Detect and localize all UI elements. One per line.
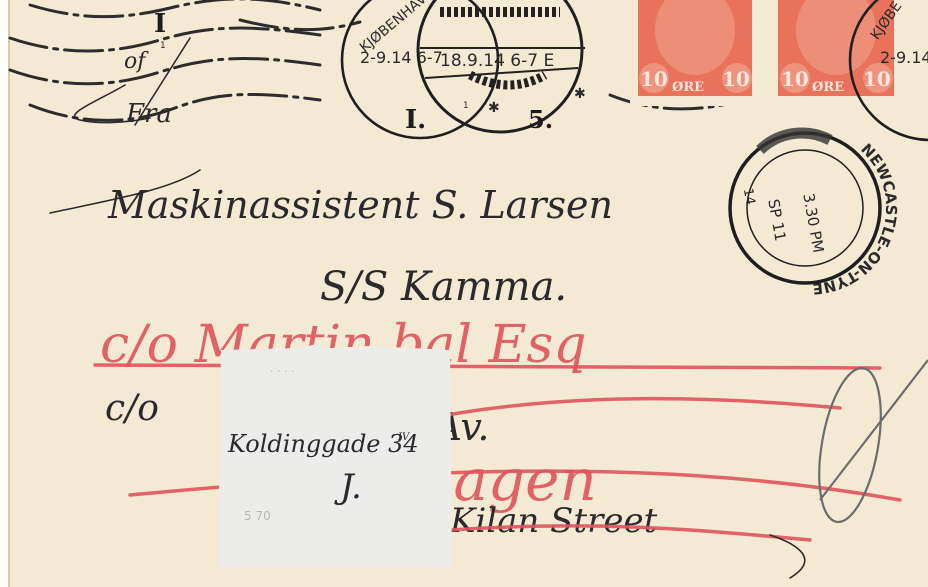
- svg-text:✱: ✱: [574, 86, 586, 102]
- svg-text:c/o: c/o: [105, 388, 159, 429]
- svg-text:10: 10: [722, 67, 750, 91]
- svg-text:Maskinassistent S. Larsen: Maskinassistent S. Larsen: [107, 183, 613, 227]
- svg-text:ØRE: ØRE: [672, 80, 704, 95]
- svg-text:✱: ✱: [488, 100, 500, 116]
- svg-text:14: 14: [740, 187, 758, 206]
- svg-text:ØRE: ØRE: [812, 80, 844, 95]
- stamp-1: 10 10 ØRE: [630, 0, 760, 106]
- svg-text:18.9.14 6-7 E: 18.9.14 6-7 E: [440, 51, 554, 71]
- svg-text:I: I: [154, 9, 166, 39]
- svg-text:2-9.14: 2-9.14: [880, 48, 928, 67]
- svg-text:IV: IV: [397, 432, 411, 443]
- svg-text:I.: I.: [405, 105, 426, 135]
- svg-text:10: 10: [640, 67, 668, 91]
- svg-text:10: 10: [863, 67, 891, 91]
- pasted-address-label: · · · · 5 70 Koldinggade 34 IV J.: [218, 344, 452, 567]
- svg-text:2-9.14 6-7: 2-9.14 6-7: [360, 48, 443, 67]
- svg-text:· · · ·: · · · ·: [270, 365, 294, 378]
- svg-text:Kilan Street: Kilan Street: [449, 501, 658, 541]
- svg-text:1: 1: [160, 41, 166, 51]
- svg-text:1: 1: [463, 101, 469, 111]
- svg-text:S/S Kamma.: S/S Kamma.: [320, 264, 567, 310]
- svg-text:5.: 5.: [528, 105, 553, 134]
- ship-line: S/S Kamma.: [320, 264, 567, 310]
- svg-text:Koldinggade 34: Koldinggade 34: [227, 430, 419, 458]
- svg-text:5 70: 5 70: [244, 509, 271, 523]
- svg-text:10: 10: [781, 67, 809, 91]
- envelope-scene: I 1 of Fra KJØBENHAVN 2-9.14 6-7 I. 18.9…: [0, 0, 928, 587]
